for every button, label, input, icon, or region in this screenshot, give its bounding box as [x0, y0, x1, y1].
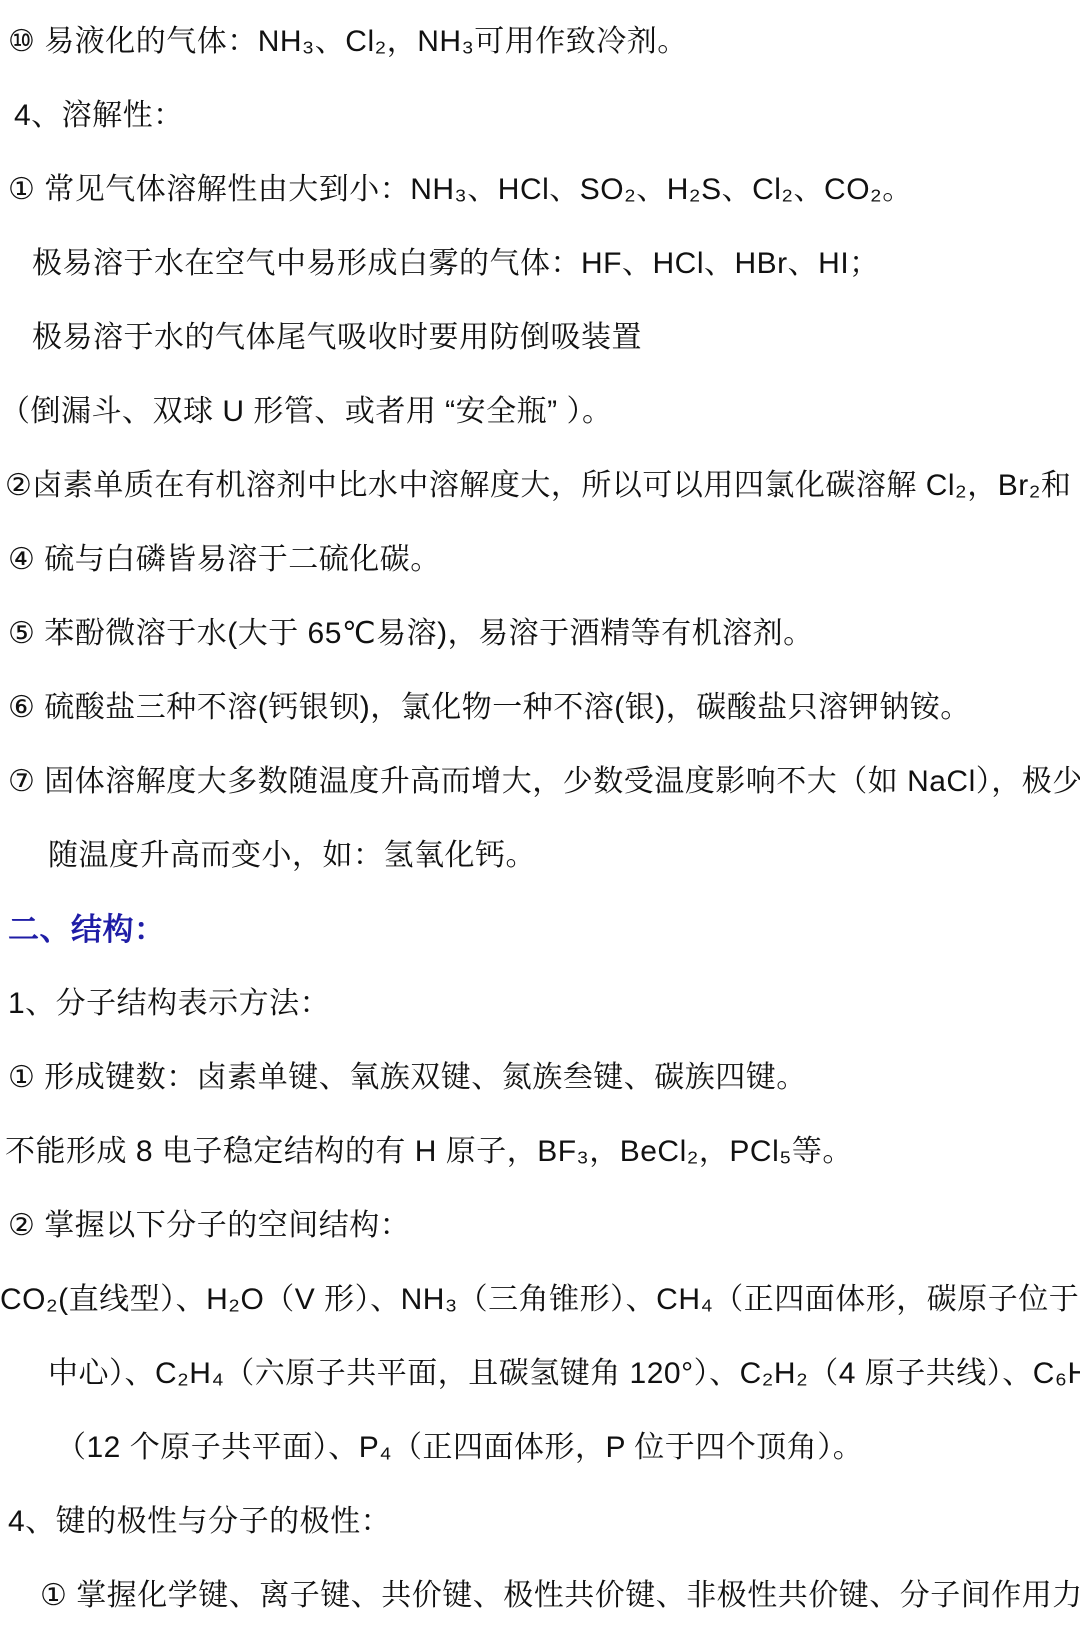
document-line: ① 形成键数：卤素单键、氧族双键、氮族叁键、碳族四键。 — [8, 1037, 1080, 1111]
document-line: ① 掌握化学键、离子键、共价键、极性共价键、非极性共价键、分子间作用力、 — [40, 1555, 1080, 1629]
document-line: （倒漏斗、双球 U 形管、或者用 “安全瓶” ）。 — [0, 371, 1080, 445]
document-line: （12 个原子共平面）、P₄（正四面体形，P 位于四个顶角）。 — [56, 1407, 1080, 1481]
section-heading: 二、结构： — [8, 889, 1080, 963]
document-line: 中心）、C₂H₄（六原子共平面，且碳氢键角 120°）、C₂H₂（4 原子共线）… — [48, 1333, 1080, 1407]
document-line: ⑥ 硫酸盐三种不溶(钙银钡)，氯化物一种不溶(银)，碳酸盐只溶钾钠铵。 — [8, 667, 1080, 741]
document-line: 极易溶于水在空气中易形成白雾的气体：HF、HCl、HBr、HI； — [32, 223, 1080, 297]
section-subheading: 4、键的极性与分子的极性： — [8, 1481, 1080, 1555]
document-line: ⑤ 苯酚微溶于水(大于 65℃易溶)，易溶于酒精等有机溶剂。 — [8, 593, 1080, 667]
document-line: 随温度升高而变小，如：氢氧化钙。 — [48, 815, 1080, 889]
document-line: ② 掌握以下分子的空间结构： — [8, 1185, 1080, 1259]
document-line: ① 常见气体溶解性由大到小：NH₃、HCl、SO₂、H₂S、Cl₂、CO₂。 — [8, 149, 1080, 223]
document-body: ⑩ 易液化的气体：NH₃、Cl₂，NH₃可用作致冷剂。 4、溶解性： ① 常见气… — [0, 0, 1080, 1629]
document-line: 不能形成 8 电子稳定结构的有 H 原子，BF₃，BeCl₂，PCl₅等。 — [5, 1111, 1080, 1185]
section-subheading: 1、分子结构表示方法： — [8, 963, 1080, 1037]
document-line: 极易溶于水的气体尾气吸收时要用防倒吸装置 — [32, 297, 1080, 371]
document-page: ⑩ 易液化的气体：NH₃、Cl₂，NH₃可用作致冷剂。 4、溶解性： ① 常见气… — [0, 0, 1080, 1629]
document-line: CO₂(直线型）、H₂O（V 形）、NH₃（三角锥形）、CH₄（正四面体形，碳原… — [0, 1259, 1080, 1333]
document-line: ④ 硫与白磷皆易溶于二硫化碳。 — [8, 519, 1080, 593]
document-line: ②卤素单质在有机溶剂中比水中溶解度大，所以可以用四氯化碳溶解 Cl₂，Br₂和 … — [5, 445, 1080, 519]
document-line: ⑦ 固体溶解度大多数随温度升高而增大，少数受温度影响不大（如 NaCl），极少数 — [8, 741, 1080, 815]
section-subheading: 4、溶解性： — [14, 75, 1080, 149]
document-line: ⑩ 易液化的气体：NH₃、Cl₂，NH₃可用作致冷剂。 — [8, 1, 1080, 75]
